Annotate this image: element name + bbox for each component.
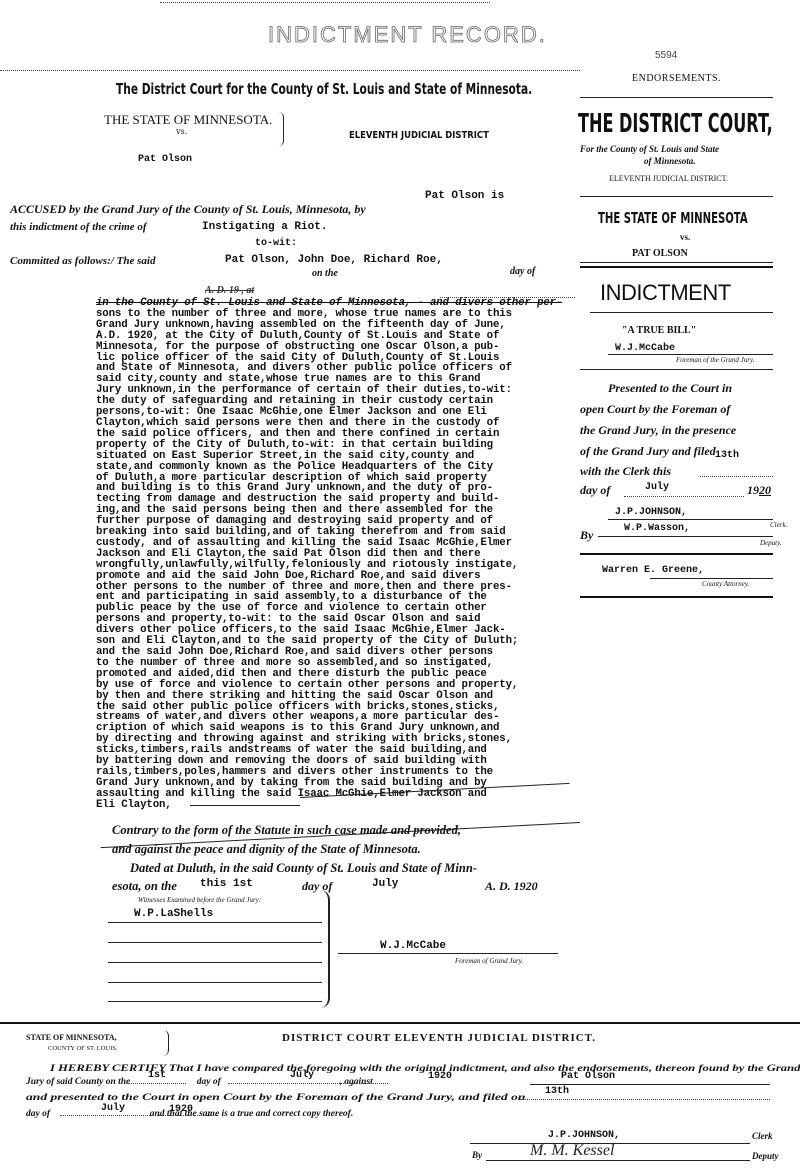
against-peace: and against the peace and dignity of the… [112, 842, 421, 857]
indictment-crime-label: this indictment of the crime of [10, 221, 147, 233]
county-line-1: For the County of St. Louis and State [580, 144, 719, 154]
district-court-title: THE DISTRICT COURT, [578, 109, 773, 139]
to-wit: to-wit: [255, 238, 297, 249]
file-number: 5594 [655, 50, 677, 61]
blank-line [60, 1115, 218, 1116]
blank-line [530, 1084, 770, 1085]
body-line: Eli Clayton, [96, 800, 576, 811]
accused-list: Pat Olson, John Doe, Richard Roe, [225, 254, 443, 266]
cert-filed-year: 1920 [169, 1104, 193, 1115]
presented-line-3: the Grand Jury, in the presence [580, 423, 736, 438]
county-attorney: Warren E. Greene, [602, 565, 704, 576]
witness-line [108, 982, 322, 983]
endorse-foreman: W.J.McCabe [615, 343, 675, 354]
top-rule [160, 2, 490, 3]
presented-line-4: of the Grand Jury and filed [580, 444, 716, 459]
endorse-foreman-label: Foreman of the Grand Jury. [676, 356, 754, 364]
foreman-line [338, 953, 558, 954]
cert-clerk-label: Clerk [752, 1131, 773, 1141]
endorse-district: ELEVENTH JUDICIAL DISTRICT. [609, 174, 728, 183]
witness-label: Witnesses Examined before the Grand Jury… [138, 896, 261, 904]
struck-date-line: A. D. 19 , at [205, 285, 254, 296]
record-title: INDICTMENT RECORD. [268, 22, 547, 48]
by-label: By [580, 528, 593, 543]
accused-name: Pat Olson is [425, 190, 504, 202]
cert-by: By [472, 1150, 482, 1160]
dated-day: this 1st [200, 878, 253, 890]
dated-year: A. D. 1920 [485, 879, 538, 894]
county-line-2: of Minnesota. [644, 156, 696, 166]
crime: Instigating a Riot. [202, 221, 327, 233]
endorse-clerk: J.P.JOHNSON, [615, 507, 687, 518]
witness-brace [320, 890, 330, 1008]
filed-month: July [645, 482, 669, 493]
endorsements-heading: ENDORSEMENTS. [632, 73, 721, 84]
endorse-rule [580, 369, 773, 370]
blank-line [624, 496, 744, 497]
certificate-divider [0, 1022, 800, 1024]
presented-line-1: Presented to the Court in [608, 381, 732, 396]
end-rule [190, 805, 300, 806]
contrary-statute: Contrary to the form of the Statute in s… [112, 823, 461, 838]
deputy-line [598, 536, 773, 537]
filed-day: 13th [715, 450, 739, 461]
cert-filed-month: July [101, 1103, 125, 1114]
endorse-rule [580, 262, 773, 263]
foreman-label: Foreman of Grand Jury. [455, 957, 523, 965]
indictment-body: in the County of St. Louis and State of … [96, 298, 596, 811]
dated-line: Dated at Duluth, in the said County of S… [130, 861, 477, 876]
accused-statement: ACCUSED by the Grand Jury of the County … [10, 202, 366, 217]
presented-line-5: with the Clerk this [580, 464, 671, 479]
year-prefix: 19 [747, 483, 759, 497]
cert-line-2: Jury of said County on the day of , agai… [26, 1077, 373, 1087]
attorney-line [650, 578, 773, 579]
cert-heading: DISTRICT COURT ELEVENTH JUDICIAL DISTRIC… [282, 1032, 596, 1044]
cert-found-day: 1st [148, 1070, 166, 1081]
cert-county: COUNTY OF ST. LOUIS. [48, 1045, 118, 1052]
dated-day-of: day of [302, 879, 332, 894]
header-rule [0, 70, 580, 71]
foreman-signature: W.J.McCabe [380, 940, 446, 952]
on-the-label: on the [312, 268, 338, 279]
day-of-label: day of [510, 266, 535, 277]
clerk-line [608, 519, 773, 520]
cert-state: STATE OF MINNESOTA, [26, 1033, 117, 1042]
endorse-plaintiff: THE STATE OF MINNESOTA [598, 209, 748, 227]
court-heading: The District Court for the County of St.… [116, 80, 532, 98]
blank-line [700, 476, 773, 477]
defendant-name: Pat Olson [138, 154, 192, 165]
witness-name: W.P.LaShells [134, 908, 213, 920]
county-attorney-label: County Attorney. [702, 580, 749, 588]
endorse-rule [580, 97, 773, 98]
witness-line [108, 1001, 322, 1002]
blank-line [128, 1083, 186, 1084]
blank-line [228, 1083, 388, 1084]
endorse-rule [580, 553, 773, 555]
witness-line [108, 922, 322, 923]
cert-found-year: 1920 [428, 1071, 452, 1082]
filed-day-of: day of [580, 483, 610, 498]
document-type: INDICTMENT [600, 280, 731, 306]
blank-line [520, 1099, 770, 1100]
endorse-rule-double [580, 266, 773, 268]
endorse-vs: vs. [680, 232, 690, 242]
cert-deputy-label: Deputy [752, 1151, 779, 1161]
plaintiff: THE STATE OF MINNESOTA. [104, 112, 272, 128]
deputy-label: Deputy. [760, 539, 782, 547]
cert-filed-day: 13th [545, 1086, 569, 1097]
presented-line-2: open Court by the Foreman of [580, 402, 730, 417]
cert-deputy-line [486, 1160, 750, 1161]
witness-line [108, 962, 322, 963]
endorse-rule [580, 596, 773, 598]
true-bill: "A TRUE BILL" [622, 325, 696, 336]
endorse-rule [590, 312, 773, 313]
cert-brace [163, 1030, 169, 1056]
endorse-defendant: PAT OLSON [632, 248, 688, 259]
cert-found-month: July [290, 1070, 314, 1081]
year-suffix: 20 [759, 483, 771, 497]
cert-against: Pat Olson [561, 1071, 615, 1082]
dated-line-2: esota, on the [112, 879, 177, 894]
endorse-deputy: W.P.Wasson, [624, 523, 690, 534]
deputy-signature: M. M. Kessel [530, 1142, 614, 1160]
foreman-line [608, 354, 773, 355]
filed-year: 1920 [747, 483, 771, 498]
caption-brace [279, 112, 284, 146]
cert-line-3: and presented to the Court in open Court… [26, 1093, 525, 1103]
dated-month: July [372, 878, 398, 890]
witness-line [108, 942, 322, 943]
endorse-rule [580, 196, 773, 197]
versus: vs. [176, 127, 187, 136]
judicial-district: ELEVENTH JUDICIAL DISTRICT [349, 130, 489, 141]
committed-label: Committed as follows:/ The said [10, 255, 155, 267]
cert-clerk: J.P.JOHNSON, [548, 1130, 620, 1141]
clerk-label: Clerk. [770, 521, 787, 529]
